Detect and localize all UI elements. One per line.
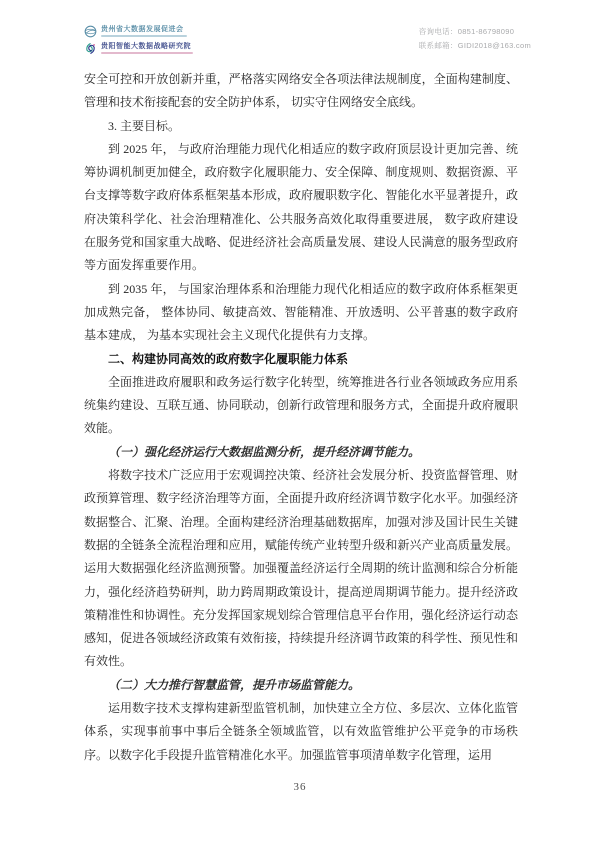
- body-paragraph: 运用数字技术支撑构建新型监管机制，加快建立全方位、多层次、立体化监管体系，实现事…: [84, 697, 518, 767]
- body-paragraph: 到 2025 年， 与政府治理能力现代化相适应的数字政府顶层设计更加完善、统筹协…: [84, 138, 518, 278]
- association-name: 贵州省大数据发展促进会: [101, 26, 187, 34]
- institute-mark-icon: [84, 42, 97, 55]
- subsection-heading: （一）强化经济运行大数据监测分析，提升经济调节能力。: [84, 441, 518, 464]
- page-number: 36: [0, 781, 600, 793]
- body-paragraph: 将数字技术广泛应用于宏观调控决策、经济社会发展分析、投资监督管理、财政预算管理、…: [84, 464, 518, 674]
- logo-block: 贵州省大数据发展促进会 贵阳智能大数据战略研究院: [84, 25, 193, 55]
- body-paragraph: 到 2035 年， 与国家治理体系和治理能力现代化相适应的数字政府体系框架更加成…: [84, 278, 518, 348]
- institute-logo: 贵阳智能大数据战略研究院: [84, 42, 193, 55]
- body-paragraph: 安全可控和开放创新并重，严格落实网络安全各项法律法规制度，全面构建制度、管理和技…: [84, 68, 518, 115]
- contact-info: 咨询电话：0851-86798090 联系邮箱：GIDI2018@163.com: [419, 25, 531, 53]
- page-header: 贵州省大数据发展促进会 贵阳智能大数据战略研究院: [84, 25, 531, 55]
- contact-phone: 咨询电话：0851-86798090: [419, 25, 531, 39]
- document-body: 安全可控和开放创新并重，严格落实网络安全各项法律法规制度，全面构建制度、管理和技…: [84, 68, 518, 767]
- institute-name: 贵阳智能大数据战略研究院: [101, 43, 193, 51]
- section-heading: 二、构建协同高效的政府数字化履职能力体系: [84, 348, 518, 371]
- association-globe-icon: [84, 25, 97, 38]
- body-paragraph: 全面推进政府履职和政务运行数字化转型，统筹推进各行业各领域政务应用系统集约建设、…: [84, 371, 518, 441]
- contact-email: 联系邮箱：GIDI2018@163.com: [419, 39, 531, 53]
- subsection-heading: （二）大力推行智慧监管，提升市场监管能力。: [84, 674, 518, 697]
- institute-subtitle-line: [101, 52, 193, 54]
- body-paragraph: 3. 主要目标。: [84, 115, 518, 138]
- association-logo: 贵州省大数据发展促进会: [84, 25, 193, 38]
- association-subtitle-line: [101, 35, 187, 37]
- document-page: 贵州省大数据发展促进会 贵阳智能大数据战略研究院: [0, 0, 600, 848]
